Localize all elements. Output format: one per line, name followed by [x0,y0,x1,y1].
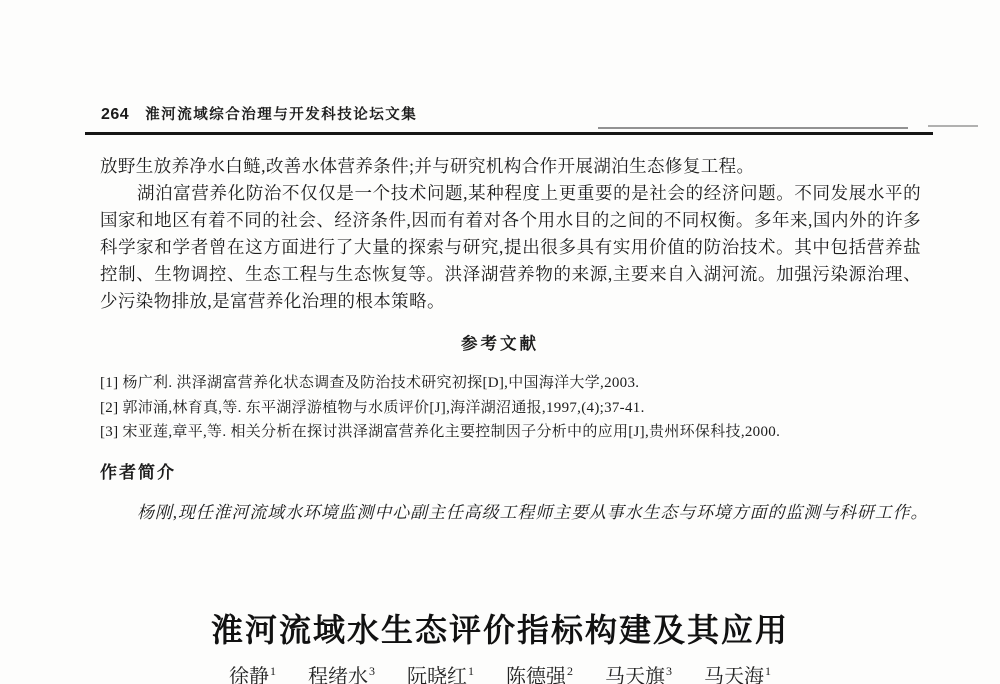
scan-artifact-line [598,127,908,129]
running-header: 264 淮河流域综合治理与开发科技论坛文集 [101,103,417,124]
next-article-title: 淮河流域水生态评价指标构建及其应用 [0,605,1000,651]
author-name: 马天海1 [704,660,771,684]
scanned-document-page: 264 淮河流域综合治理与开发科技论坛文集 放野生放养净水白鲢,改善水体营养条件… [0,0,1000,684]
body-text-line: 科学家和学者曾在这方面进行了大量的探索与研究,提出很多具有实用价值的防治技术。其… [100,234,921,261]
next-article-authors: 徐静1程绪水3阮晓红1陈德强2马天旗3马天海1 [0,660,1000,684]
author-name: 程绪水3 [308,660,375,684]
reference-entry: [2] 郭沛涌,林育真,等. 东平湖浮游植物与水质评价[J],海洋湖沼通报,19… [100,396,932,421]
body-text-line: 放野生放养净水白鲢,改善水体营养条件;并与研究机构合作开展湖泊生态修复工程。 [100,153,921,180]
reference-entry: [1] 杨广利. 洪泽湖富营养化状态调查及防治技术研究初探[D],中国海洋大学,… [100,371,932,396]
author-affiliation-superscript: 2 [567,664,573,678]
author-affiliation-superscript: 1 [468,664,474,678]
author-affiliation-superscript: 1 [765,664,771,678]
page-number: 264 [101,106,129,124]
author-affiliation-superscript: 1 [270,664,276,678]
author-bio-heading: 作者简介 [100,458,176,483]
book-title: 淮河流域综合治理与开发科技论坛文集 [145,103,417,124]
header-rule [85,132,933,135]
body-text-line: 湖泊富营养化防治不仅仅是一个技术问题,某种程度上更重要的是社会的经济问题。不同发… [100,180,921,207]
body-text-line: 少污染物排放,是富营养化治理的根本策略。 [100,288,921,315]
author-name: 陈德强2 [506,660,573,684]
author-name: 马天旗3 [605,660,672,684]
author-affiliation-superscript: 3 [369,664,375,678]
references-list: [1] 杨广利. 洪泽湖富营养化状态调查及防治技术研究初探[D],中国海洋大学,… [100,371,932,445]
author-name: 阮晓红1 [407,660,474,684]
author-name: 徐静1 [229,660,276,684]
body-text-line: 国家和地区有着不同的社会、经济条件,因而有着对各个用水目的之间的不同权衡。多年来… [100,207,921,234]
reference-entry: [3] 宋亚莲,章平,等. 相关分析在探讨洪泽湖富营养化主要控制因子分析中的应用… [100,420,932,445]
scan-artifact-line [928,125,978,127]
body-paragraph-lines: 放野生放养净水白鲢,改善水体营养条件;并与研究机构合作开展湖泊生态修复工程。湖泊… [100,153,921,315]
author-affiliation-superscript: 3 [666,664,672,678]
references-heading: 参考文献 [0,330,1000,354]
body-text-line: 控制、生物调控、生态工程与生态恢复等。洪泽湖营养物的来源,主要来自入湖河流。加强… [100,261,921,288]
author-bio-text: 杨刚,现任淮河流域水环境监测中心副主任高级工程师主要从事水生态与环境方面的监测与… [100,501,928,525]
